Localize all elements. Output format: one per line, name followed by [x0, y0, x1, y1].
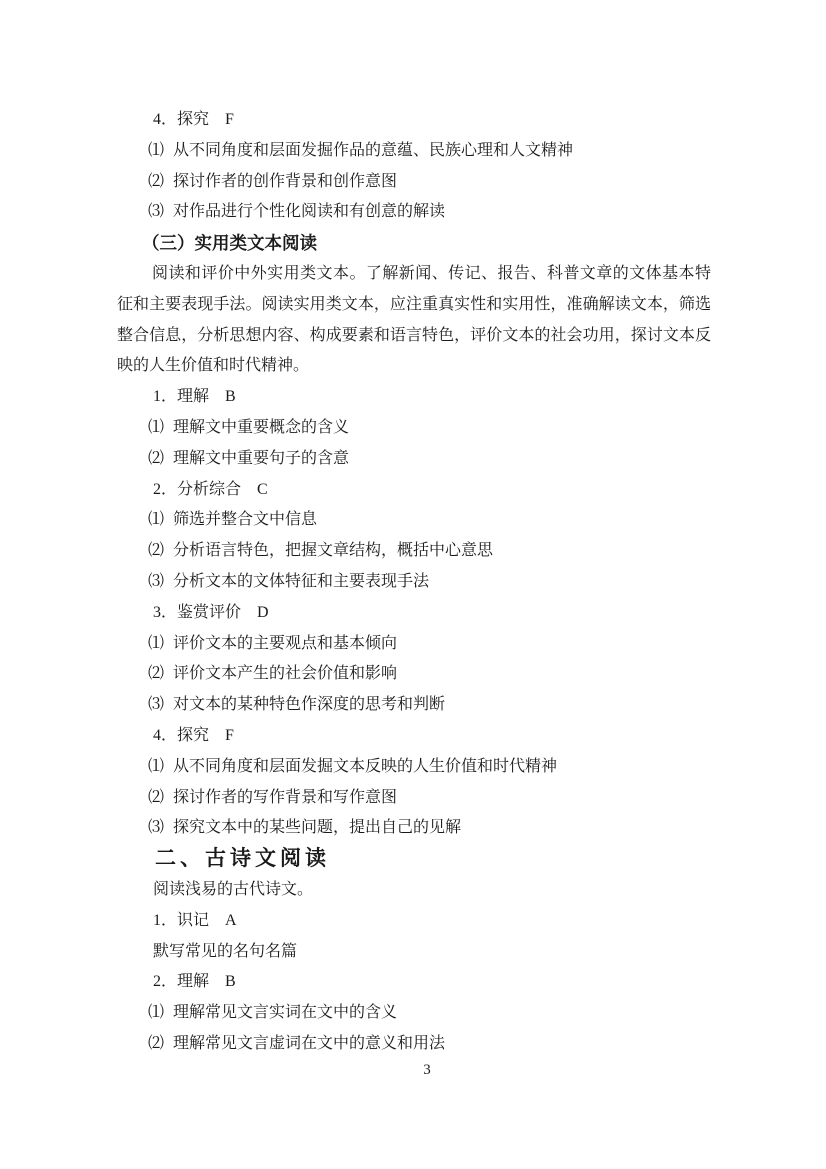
- item-marker: ⑴: [148, 629, 173, 660]
- item-marker: ⑶: [148, 813, 173, 844]
- list-item: ⑵理解文中重要句子的含意: [117, 444, 711, 475]
- item-marker: ⑵: [148, 659, 173, 690]
- list-item-text: 探究文本中的某些问题，提出自己的见解: [173, 819, 461, 836]
- list-item-text: 对作品进行个性化阅读和有创意的解读: [173, 203, 445, 220]
- item-marker: ⑴: [148, 413, 173, 444]
- item-marker: ⑵: [148, 444, 173, 475]
- item-marker: ⑴: [148, 136, 173, 167]
- list-item: ⑴从不同角度和层面发掘作品的意蕴、民族心理和人文精神: [117, 136, 711, 167]
- item-marker: ⑶: [148, 690, 173, 721]
- list-item: ⑴评价文本的主要观点和基本倾向: [117, 629, 711, 660]
- item-marker: ⑴: [148, 998, 173, 1029]
- item-marker: ⑵: [148, 536, 173, 567]
- list-item: ⑶对文本的某种特色作深度的思考和判断: [117, 690, 711, 721]
- item-marker: ⑶: [148, 567, 173, 598]
- list-item: 2．理解 B: [117, 967, 711, 998]
- list-item-text: 理解文中重要概念的含义: [173, 419, 349, 436]
- list-item-text: 理解文中重要句子的含意: [173, 450, 349, 467]
- list-item: ⑵理解常见文言虚词在文中的意义和用法: [117, 1029, 711, 1060]
- list-item-text: 从不同角度和层面发掘文本反映的人生价值和时代精神: [173, 758, 557, 775]
- item-marker: ⑴: [148, 752, 173, 783]
- list-item-text: 分析文本的文体特征和主要表现手法: [173, 573, 429, 590]
- list-item: 1．理解 B: [117, 382, 711, 413]
- section-heading-classical-poetry: 二、古诗文阅读: [117, 844, 711, 875]
- list-item-text: 探讨作者的写作背景和写作意图: [173, 789, 397, 806]
- list-item-text: 对文本的某种特色作深度的思考和判断: [173, 696, 445, 713]
- list-item-text: 评价文本的主要观点和基本倾向: [173, 635, 397, 652]
- list-item: 4．探究 F: [117, 721, 711, 752]
- list-item-text: 筛选并整合文中信息: [173, 511, 317, 528]
- body-paragraph: 阅读和评价中外实用类文本。了解新闻、传记、报告、科普文章的文体基本特征和主要表现…: [117, 259, 711, 382]
- list-item: ⑴筛选并整合文中信息: [117, 505, 711, 536]
- list-item-text: 探讨作者的创作背景和创作意图: [173, 173, 397, 190]
- list-item: ⑵探讨作者的创作背景和创作意图: [117, 167, 711, 198]
- list-item: ⑶探究文本中的某些问题，提出自己的见解: [117, 813, 711, 844]
- body-line: 阅读浅易的古代诗文。: [117, 875, 711, 906]
- page-number: 3: [0, 1060, 826, 1080]
- list-item: 1．识记 A: [117, 906, 711, 937]
- item-marker: ⑶: [148, 197, 173, 228]
- list-item: 4．探究 F: [117, 105, 711, 136]
- list-item: ⑶对作品进行个性化阅读和有创意的解读: [117, 197, 711, 228]
- list-item: ⑵评价文本产生的社会价值和影响: [117, 659, 711, 690]
- list-item: ⑵探讨作者的写作背景和写作意图: [117, 783, 711, 814]
- list-item-text: 分析语言特色，把握文章结构，概括中心意思: [173, 542, 493, 559]
- item-marker: ⑵: [148, 167, 173, 198]
- list-item: ⑴理解常见文言实词在文中的含义: [117, 998, 711, 1029]
- list-item: ⑶分析文本的文体特征和主要表现手法: [117, 567, 711, 598]
- document-body: 4．探究 F ⑴从不同角度和层面发掘作品的意蕴、民族心理和人文精神 ⑵探讨作者的…: [117, 105, 711, 1060]
- list-item-text: 评价文本产生的社会价值和影响: [173, 665, 397, 682]
- list-item-text: 从不同角度和层面发掘作品的意蕴、民族心理和人文精神: [173, 142, 573, 159]
- list-item: 2．分析综合 C: [117, 475, 711, 506]
- list-item: ⑵分析语言特色，把握文章结构，概括中心意思: [117, 536, 711, 567]
- list-item-text: 理解常见文言实词在文中的含义: [173, 1004, 397, 1021]
- item-marker: ⑵: [148, 1029, 173, 1060]
- item-marker: ⑵: [148, 783, 173, 814]
- document-page: 4．探究 F ⑴从不同角度和层面发掘作品的意蕴、民族心理和人文精神 ⑵探讨作者的…: [0, 0, 826, 1169]
- body-line: 默写常见的名句名篇: [117, 937, 711, 968]
- list-item: ⑴从不同角度和层面发掘文本反映的人生价值和时代精神: [117, 752, 711, 783]
- list-item: ⑴理解文中重要概念的含义: [117, 413, 711, 444]
- list-item: 3．鉴赏评价 D: [117, 598, 711, 629]
- item-marker: ⑴: [148, 505, 173, 536]
- list-item-text: 理解常见文言虚词在文中的意义和用法: [173, 1035, 445, 1052]
- section-heading-practical-texts: （三）实用类文本阅读: [117, 228, 711, 259]
